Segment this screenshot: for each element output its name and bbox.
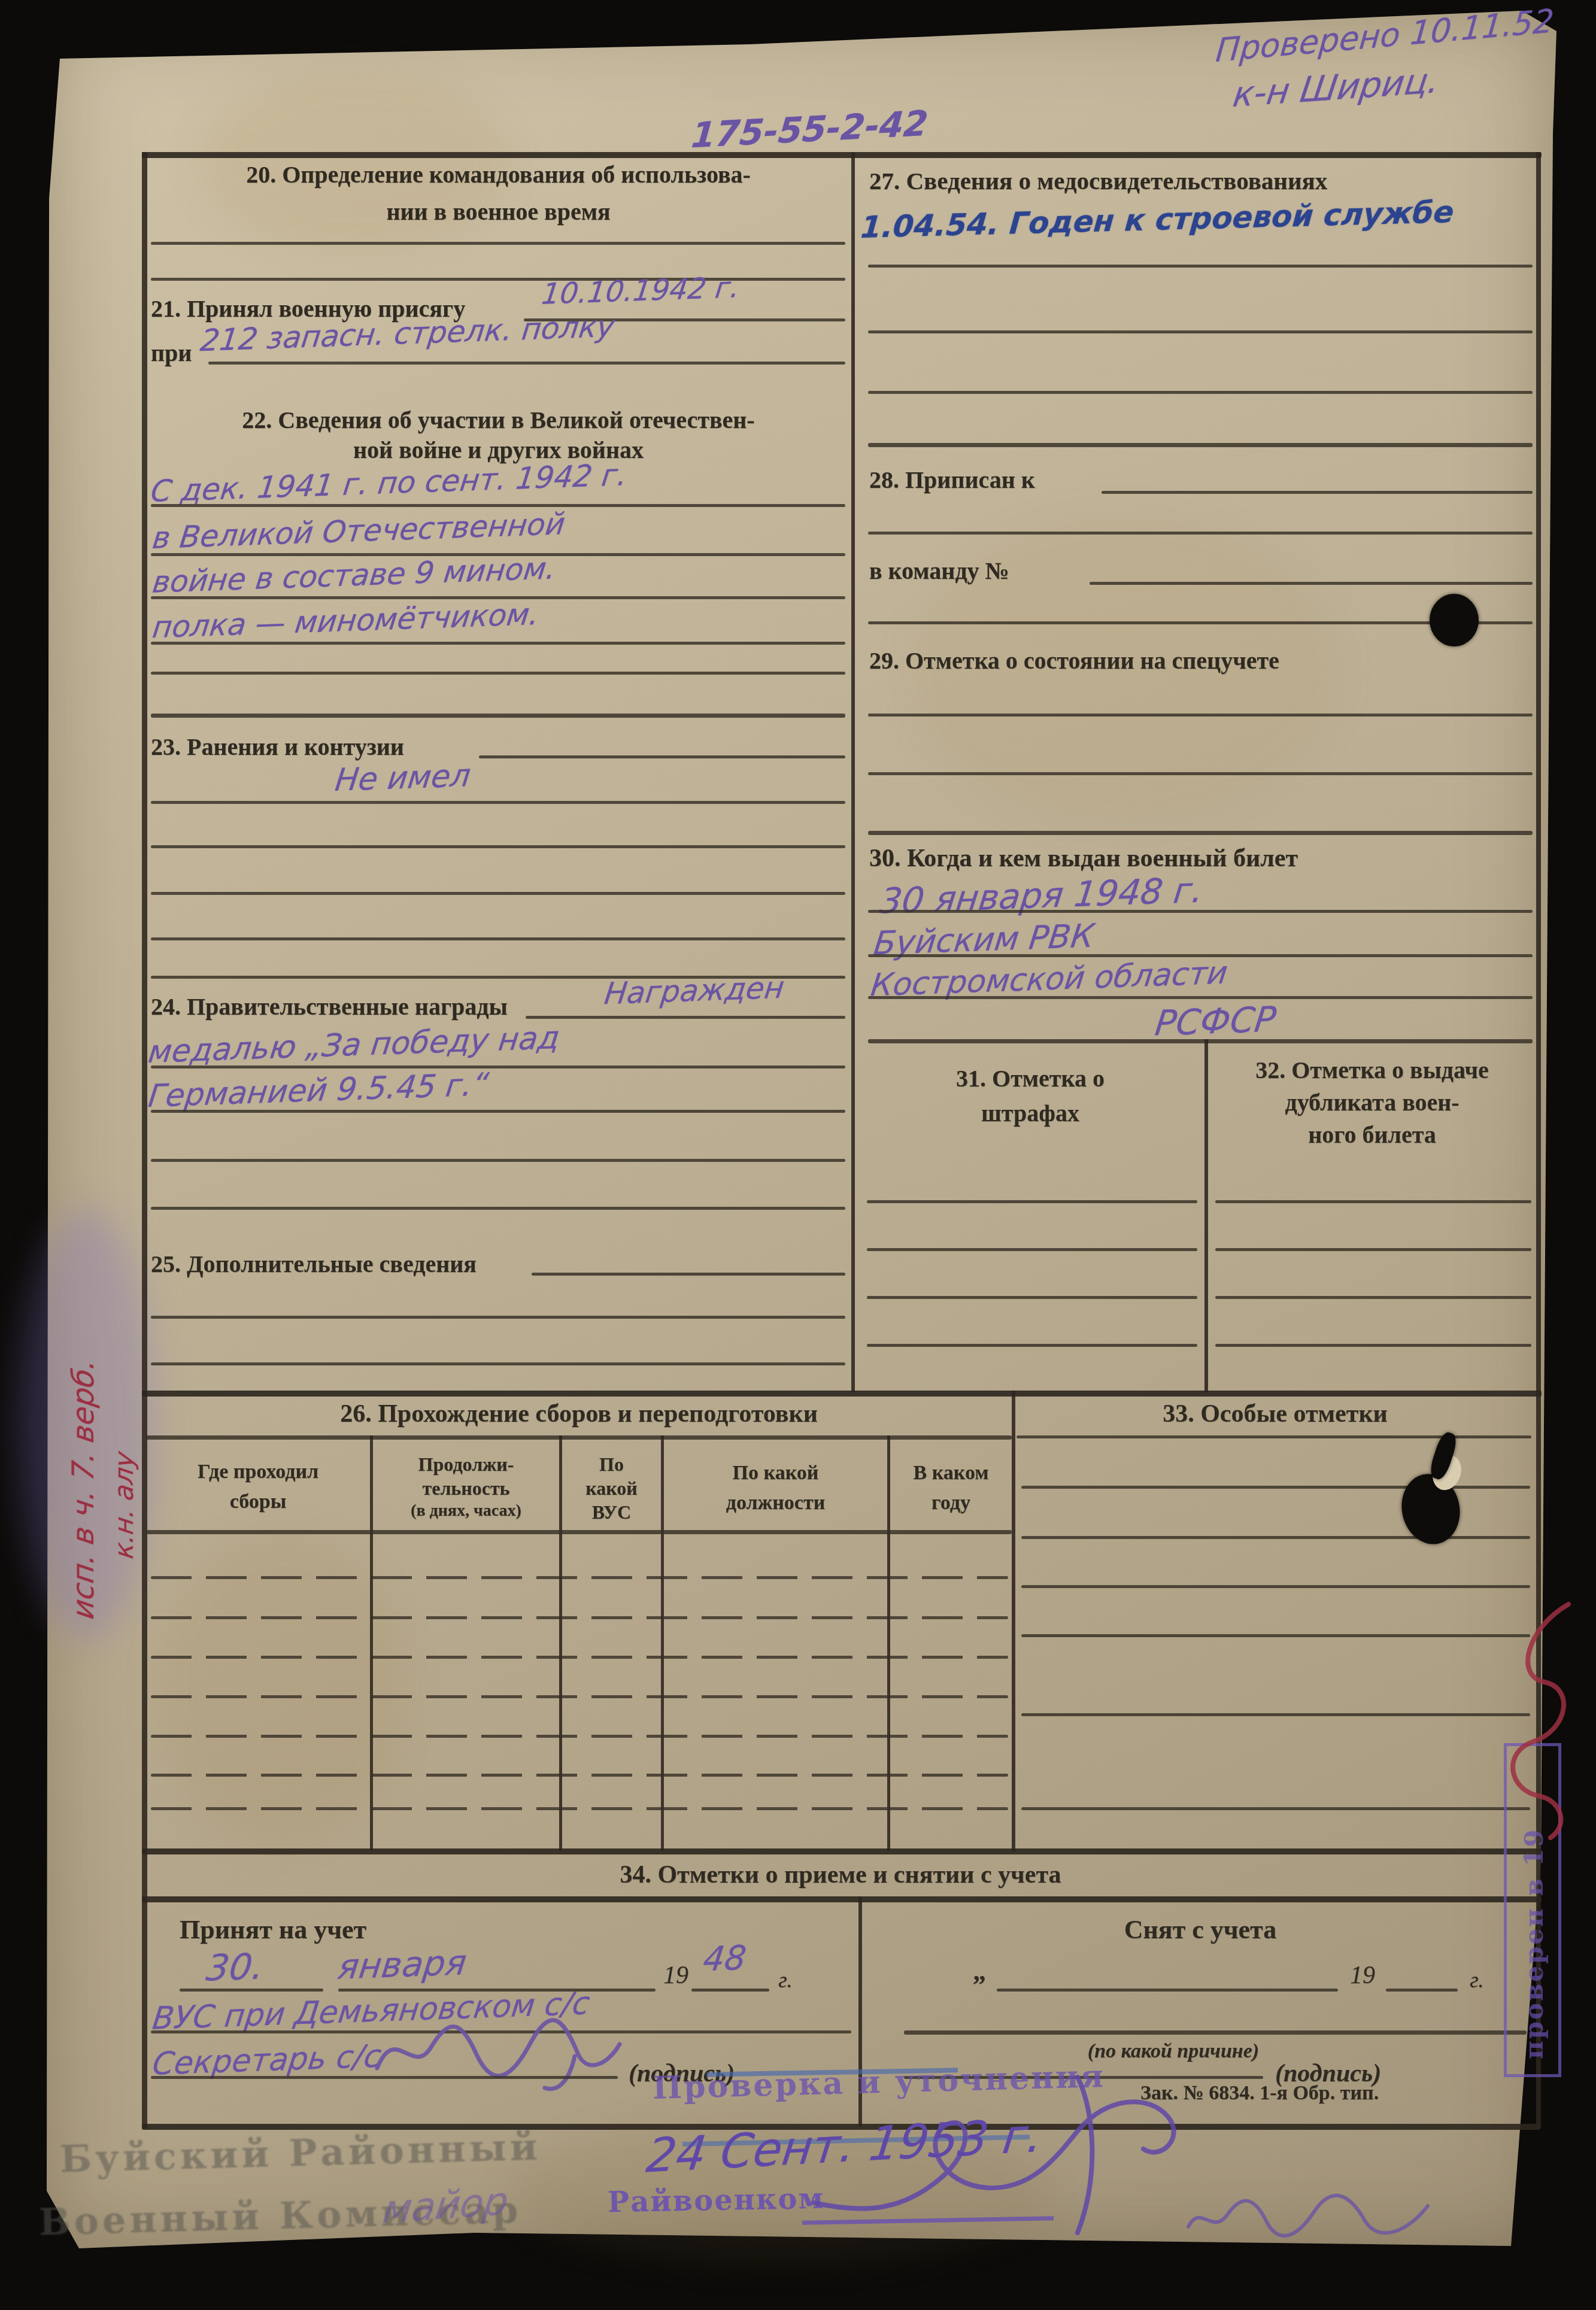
- section28-label: 28. Приписан к: [869, 466, 1035, 494]
- year-suffix-right: г.: [1470, 1967, 1484, 1993]
- col-header-place-1: Где проходил: [146, 1461, 370, 1483]
- section26-title: 26. Прохождение сборов и переподготовки: [146, 1400, 1012, 1428]
- ruled-line: [691, 1989, 769, 1992]
- ruled-line: [867, 1200, 1197, 1203]
- section22-title-line2: ной войне и других войнах: [150, 436, 847, 464]
- year-suffix: г.: [778, 1967, 793, 1993]
- handwriting-year: 48: [701, 1939, 748, 1980]
- year-prefix-right: 19: [1350, 1961, 1375, 1990]
- handwriting-rank: майор: [380, 2179, 511, 2232]
- ruled-line: [151, 937, 845, 940]
- ruled-line: [1386, 1989, 1458, 1992]
- ruled-line: [1021, 1536, 1530, 1539]
- ruled-line: [151, 801, 845, 804]
- ruled-line: [868, 1039, 1533, 1043]
- paper-stain: [156, 1532, 407, 1844]
- table-row-line: [151, 1656, 1008, 1659]
- col-header-vus-1: По: [562, 1453, 661, 1476]
- ruled-line: [1215, 1200, 1531, 1203]
- ruled-line: [151, 1110, 845, 1113]
- section24-label: 24. Правительственные награды: [151, 992, 508, 1021]
- col-header-duration-2: тельность: [373, 1477, 559, 1499]
- ruled-line: [867, 1248, 1197, 1251]
- signature-red-margin: [1479, 1592, 1586, 1844]
- ruled-line: [526, 1016, 845, 1019]
- handwriting-month: января: [336, 1942, 469, 1987]
- band-separator: [142, 1391, 1542, 1397]
- section34-title: 34. Отметки о приеме и снятии с учета: [146, 1860, 1535, 1889]
- ruled-line: [479, 755, 845, 758]
- section29-label: 29. Отметка о состоянии на спецучете: [869, 646, 1279, 675]
- section28-label2: в команду №: [869, 557, 1009, 585]
- punch-hole: [1430, 594, 1479, 646]
- year-prefix: 19: [663, 1961, 688, 1990]
- ruled-line: [151, 278, 845, 281]
- margin-note-line2: к.н. алу: [109, 1197, 139, 1561]
- ruled-line: [868, 831, 1533, 835]
- section30-title: 30. Когда и кем выдан военный билет: [869, 844, 1298, 873]
- ruled-line: [868, 714, 1533, 717]
- signature-secretary: [371, 2011, 623, 2095]
- ruled-line: [868, 532, 1533, 535]
- ruled-line: [151, 845, 845, 848]
- col-header-vus-3: ВУС: [562, 1501, 661, 1523]
- section30-handwriting-4: РСФСР: [1153, 998, 1278, 1043]
- ruled-line: [868, 391, 1533, 394]
- ruled-line: [868, 996, 1533, 999]
- table-row-line: [151, 1807, 1008, 1810]
- ruled-line: [151, 892, 845, 895]
- form-border-left: [142, 152, 147, 2129]
- section23-handwriting: Не имел: [333, 758, 472, 799]
- section27-title: 27. Сведения о медосвидетельствованиях: [869, 166, 1327, 195]
- ruled-line: [1021, 1634, 1530, 1637]
- ruled-line: [151, 1316, 845, 1319]
- form-border-top: [142, 152, 1542, 158]
- ruled-line: [867, 1344, 1197, 1347]
- ruled-line: [867, 1296, 1197, 1299]
- column-divider: [851, 152, 855, 1392]
- ruled-line: [1021, 1713, 1530, 1716]
- col-header-year-1: В каком: [890, 1462, 1012, 1485]
- ruled-line: [180, 1989, 323, 1992]
- section20-title-line1: 20. Определение командования об использо…: [150, 160, 847, 189]
- section33-title: 33. Особые отметки: [1017, 1400, 1534, 1428]
- col-header-year-2: году: [890, 1492, 1012, 1514]
- ruled-line: [151, 1159, 845, 1162]
- ruled-line: [151, 714, 845, 718]
- col-header-position-1: По какой: [664, 1462, 887, 1485]
- signature-bottom-right: [1182, 2179, 1434, 2251]
- ruled-line: [1215, 1296, 1531, 1299]
- ruled-line: [868, 443, 1533, 447]
- table-header-bottomline: [146, 1530, 1012, 1534]
- col-header-place-2: сборы: [146, 1491, 370, 1513]
- section32-title-line1: 32. Отметка о выдаче: [1210, 1056, 1534, 1084]
- ruled-line: [1215, 1344, 1531, 1347]
- ruled-line: [1090, 582, 1533, 585]
- taken-on-register-heading: Принят на учет: [180, 1914, 366, 1945]
- ruled-line: [208, 362, 845, 365]
- section21-handwriting-date: 10.10.1942 г.: [540, 271, 742, 311]
- section24-handwriting-1: Награжден: [603, 970, 787, 1012]
- stamp-rayvoenkom: Райвоенком: [608, 2182, 825, 2219]
- ruled-line: [151, 2076, 618, 2079]
- section31-title-line1: 31. Отметка о: [860, 1064, 1201, 1092]
- scanned-military-card: Проверено 10.11.52 к-н Шириц. 175-55-2-4…: [0, 0, 1596, 2310]
- section22-title-line1: 22. Сведения об участии в Великой отечес…: [150, 406, 847, 434]
- table-header-topline: [146, 1435, 1012, 1440]
- col-header-position-2: должности: [664, 1492, 887, 1514]
- ruled-line: [151, 1207, 845, 1210]
- section32-title-line2: дубликата воен-: [1210, 1088, 1534, 1116]
- table-row-line: [151, 1576, 1008, 1579]
- ruled-line: [868, 910, 1533, 913]
- divider-33: [1012, 1391, 1015, 1851]
- ruled-line: [151, 672, 845, 675]
- table-row-line: [151, 1774, 1008, 1777]
- band-separator: [142, 1896, 1542, 1902]
- ruled-line: [1021, 1585, 1530, 1588]
- ruled-line: [868, 772, 1533, 775]
- table-row-line: [151, 1616, 1008, 1619]
- margin-note-line1: исп. в ч. 7. верб.: [66, 1113, 101, 1621]
- ruled-line: [904, 2030, 1527, 2035]
- ruled-line: [1215, 1248, 1531, 1251]
- col-header-duration-1: Продолжи-: [373, 1453, 559, 1476]
- ruled-line: [151, 504, 845, 507]
- section23-label: 23. Ранения и контузии: [151, 733, 404, 761]
- section20-title-line2: нии в военное время: [150, 198, 847, 226]
- print-order-note: Зак. № 6834. 1-я Обр. тип.: [1140, 2082, 1379, 2105]
- ruled-line: [1102, 491, 1533, 494]
- ruled-line: [997, 1989, 1338, 1992]
- table-row-line: [151, 1735, 1008, 1738]
- removed-from-register-heading: Снят с учета: [868, 1914, 1533, 1945]
- ruled-line: [151, 242, 845, 245]
- section21-prefix: при: [151, 339, 192, 367]
- table-row-line: [151, 1695, 1008, 1698]
- divider-31-32: [1204, 1039, 1208, 1392]
- band-separator: [142, 1848, 1542, 1854]
- ruled-line: [151, 1066, 845, 1069]
- col-header-duration-3: (в днях, часах): [373, 1501, 559, 1520]
- ruled-line: [532, 1273, 845, 1276]
- ruled-line: [151, 1362, 845, 1365]
- handwriting-day: 30.: [204, 1945, 266, 1990]
- quote-mark: „: [973, 1956, 986, 1987]
- col-header-vus-2: какой: [562, 1477, 661, 1499]
- section32-title-line3: ного билета: [1210, 1121, 1534, 1149]
- ruled-line: [868, 330, 1533, 333]
- section25-label: 25. Дополнительные сведения: [151, 1250, 477, 1278]
- section31-title-line2: штрафах: [860, 1099, 1201, 1127]
- ruled-line: [1021, 1807, 1530, 1810]
- ruled-line: [151, 642, 845, 645]
- ruled-line: [868, 265, 1533, 268]
